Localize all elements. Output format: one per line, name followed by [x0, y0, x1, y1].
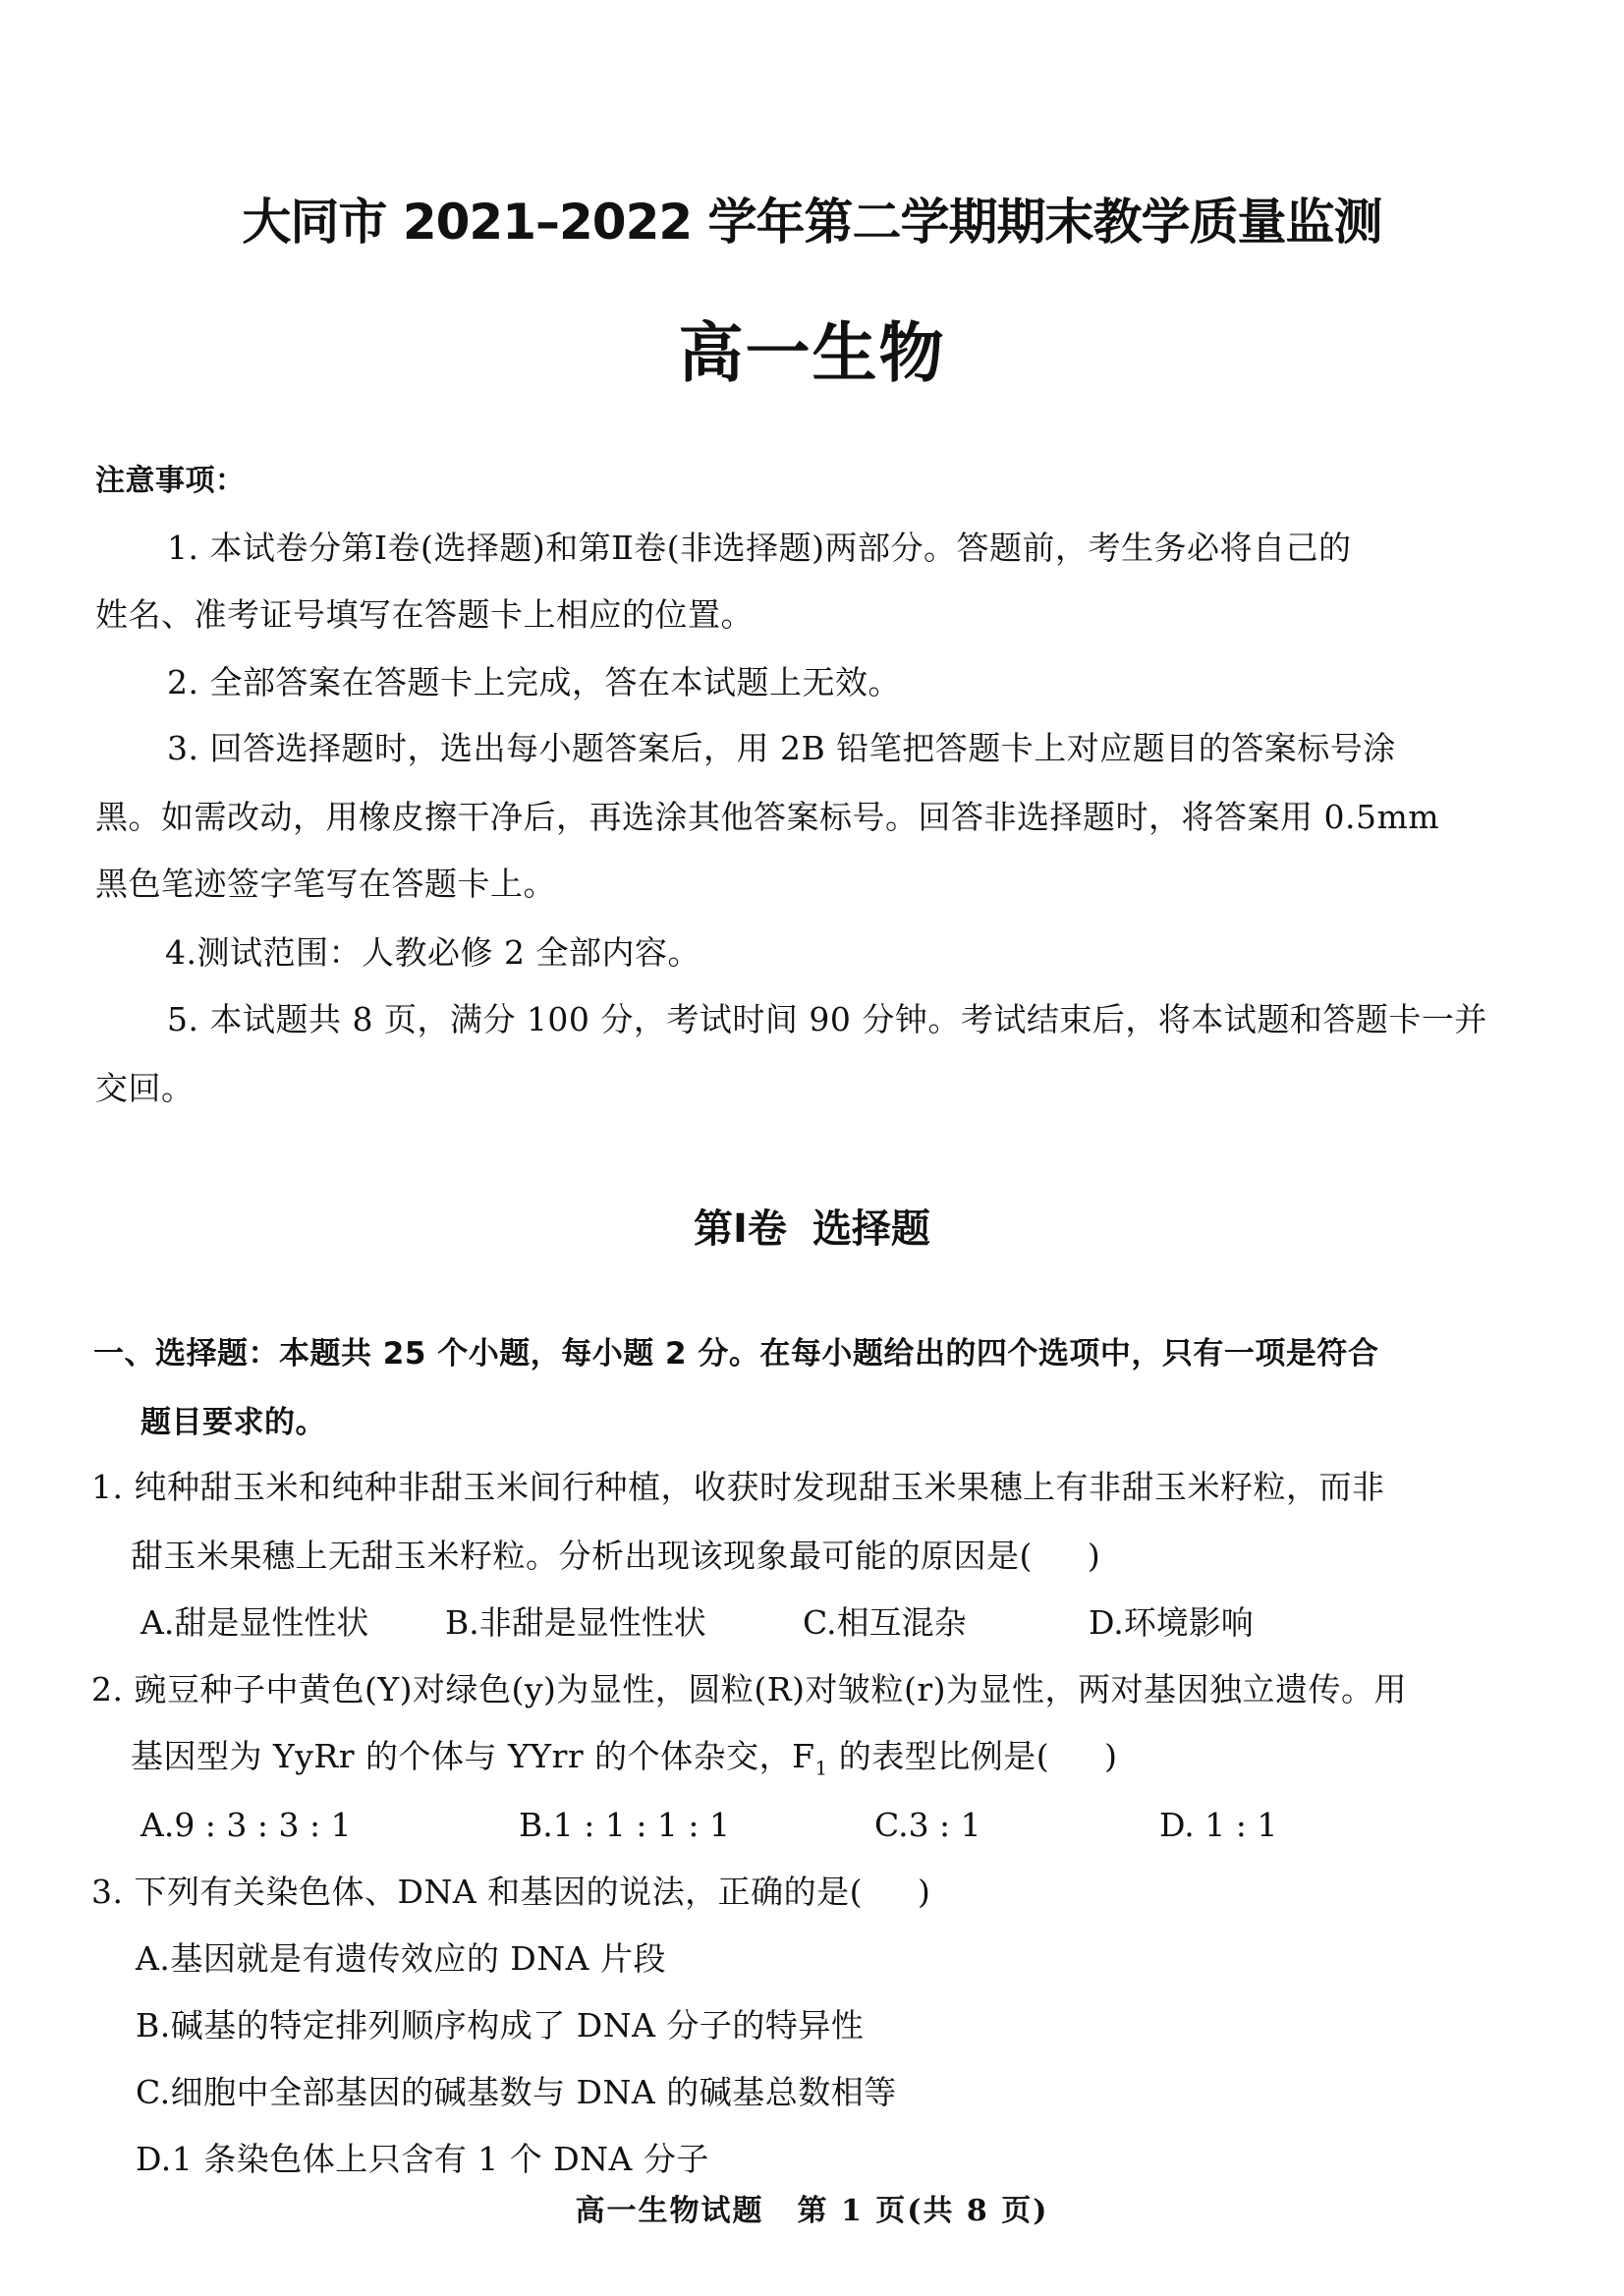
notice-item-5-line-1: 5. 本试题共 8 页，满分 100 分，考试时间 90 分钟。考试结束后，将本… [167, 1000, 1487, 1039]
answer-blank-close: ) [1104, 1737, 1117, 1775]
question-3-option-d: D.1 条染色体上只含有 1 个 DNA 分子 [136, 2140, 709, 2179]
notice-item-5-line-2: 交回。 [95, 1069, 195, 1108]
answer-blank-close: ) [1088, 1537, 1100, 1575]
option-b: B.1 : 1 : 1 : 1 [519, 1806, 730, 1845]
question-2-stem-line-1: 2. 豌豆种子中黄色(Y)对绿色(y)为显性，圆粒(R)对皱粒(r)为显性，两对… [91, 1670, 1407, 1709]
question-stem: 豌豆种子中黄色(Y)对绿色(y)为显性，圆粒(R)对皱粒(r)为显性，两对基因独… [135, 1670, 1408, 1708]
question-3-stem-line-1: 3. 下列有关染色体、DNA 和基因的说法，正确的是() [91, 1873, 930, 1912]
question-stem: 纯种甜玉米和纯种非甜玉米间行种植，收获时发现甜玉米果穗上有非甜玉米籽粒，而非 [135, 1468, 1385, 1506]
exam-title: 大同市 2021–2022 学年第二学期期末教学质量监测 [0, 193, 1624, 252]
question-stem: 甜玉米果穗上无甜玉米籽粒。分析出现该现象最可能的原因是( [131, 1537, 1033, 1575]
notice-heading: 注意事项： [95, 462, 246, 501]
notice-item-3-line-1: 3. 回答选择题时，选出每小题答案后，用 2B 铅笔把答题卡上对应题目的答案标号… [167, 729, 1396, 768]
notice-item-1-line-2: 姓名、准考证号填写在答题卡上相应的位置。 [95, 595, 754, 635]
section-instruction-line-2: 题目要求的。 [140, 1403, 326, 1442]
question-stem: 基因型为 YyRr 的个体与 YYrr 的个体杂交，F [131, 1737, 815, 1775]
option-d: D. 1 : 1 [1159, 1806, 1277, 1845]
question-stem-tail: 的表型比例是( [828, 1737, 1049, 1775]
question-number: 2. [91, 1670, 124, 1708]
section-part: 第Ⅰ卷 [694, 1206, 787, 1252]
notice-item-3-line-3: 黑色笔迹签字笔写在答题卡上。 [95, 865, 556, 904]
option-c: C.相互混杂 [803, 1603, 967, 1643]
notice-item-4: 4.测试范围：人教必修 2 全部内容。 [165, 933, 700, 973]
option-c: C.3 : 1 [874, 1806, 981, 1845]
answer-blank-close: ) [918, 1873, 930, 1911]
notice-item-3-line-2: 黑。如需改动，用橡皮擦干净后，再选涂其他答案标号。回答非选择题时，将答案用 0.… [95, 798, 1439, 837]
question-3-option-c: C.细胞中全部基因的碱基数与 DNA 的碱基总数相等 [136, 2073, 897, 2112]
page-footer: 高一生物试题第 1 页(共 8 页) [0, 2192, 1624, 2231]
option-a: A.9 : 3 : 3 : 1 [140, 1806, 352, 1845]
footer-subject: 高一生物试题 [576, 2194, 764, 2228]
subscript: 1 [815, 1757, 828, 1780]
notice-item-2: 2. 全部答案在答题卡上完成，答在本试题上无效。 [167, 663, 901, 702]
section-title: 第Ⅰ卷选择题 [0, 1204, 1624, 1254]
question-number: 3. [91, 1873, 124, 1911]
footer-page-number: 第 1 页(共 8 页) [798, 2194, 1049, 2228]
option-a: A.甜是显性性状 [140, 1603, 368, 1643]
section-instruction-line-1: 一、选择题：本题共 25 个小题，每小题 2 分。在每小题给出的四个选项中，只有… [93, 1334, 1378, 1373]
exam-page: 大同市 2021–2022 学年第二学期期末教学质量监测 高一生物 注意事项： … [0, 0, 1624, 2296]
section-name: 选择题 [812, 1206, 930, 1252]
question-number: 1. [91, 1468, 124, 1506]
option-b: B.非甜是显性性状 [445, 1603, 706, 1643]
option-d: D.环境影响 [1089, 1603, 1254, 1643]
question-3-option-a: A.基因就是有遗传效应的 DNA 片段 [136, 1939, 666, 1979]
question-3-option-b: B.碱基的特定排列顺序构成了 DNA 分子的特异性 [136, 2006, 864, 2045]
question-2-stem-line-2: 基因型为 YyRr 的个体与 YYrr 的个体杂交，F1 的表型比例是() [131, 1737, 1118, 1776]
question-1-stem-line-2: 甜玉米果穗上无甜玉米籽粒。分析出现该现象最可能的原因是() [131, 1537, 1100, 1576]
notice-item-1-line-1: 1. 本试卷分第Ⅰ卷(选择题)和第Ⅱ卷(非选择题)两部分。答题前，考生务必将自己… [167, 529, 1351, 568]
subject-title: 高一生物 [0, 316, 1624, 391]
question-1-stem-line-1: 1. 纯种甜玉米和纯种非甜玉米间行种植，收获时发现甜玉米果穗上有非甜玉米籽粒，而… [91, 1468, 1385, 1507]
question-stem: 下列有关染色体、DNA 和基因的说法，正确的是( [135, 1873, 864, 1911]
